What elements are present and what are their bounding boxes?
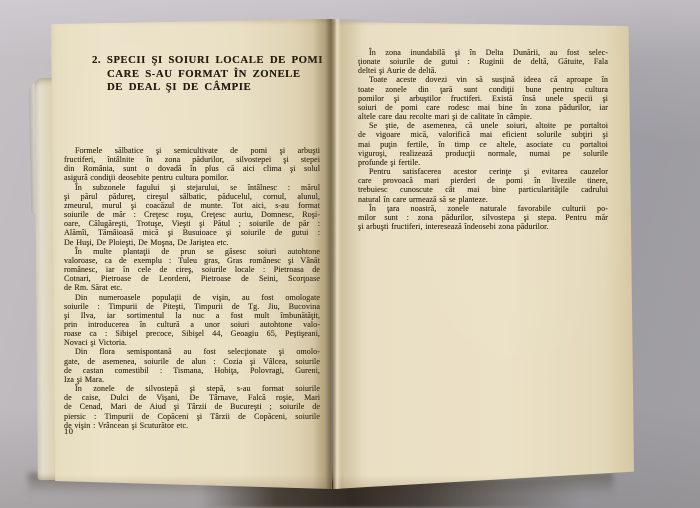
text-line: de caise, Dulci de Vişani, De Târnave, F… bbox=[64, 393, 320, 402]
paragraph: Formele sălbatice şi semicultivate de po… bbox=[64, 146, 320, 183]
text-line: Cotnari, Pietroase de Leordeni, Pietroas… bbox=[64, 274, 320, 283]
text-line: deltei şi Aurie de deltă. bbox=[358, 66, 608, 75]
text-line: În subzonele fagului şi stejarului, se î… bbox=[64, 183, 320, 192]
heading-line: DE DEAL ŞI DE CÂMPIE bbox=[92, 81, 332, 95]
right-page-text: În zona inundabilă şi în Delta Dunării, … bbox=[358, 48, 608, 231]
text-line: Toate aceste dovezi vin să susţină ideea… bbox=[358, 75, 608, 84]
text-line: toate zonele din ţară sunt condiţii bune… bbox=[358, 85, 608, 94]
right-page: În zona inundabilă şi în Delta Dunării, … bbox=[332, 20, 634, 489]
text-line: Alămîi, Tămâioasă mică şi Busuioace şi s… bbox=[64, 228, 320, 237]
text-line: oare, Călugăreşti, Trotuşe, Vieşti şi Pă… bbox=[64, 219, 320, 228]
text-line: roase ca : Sibişel precoce, Sibişel 44, … bbox=[64, 329, 320, 338]
paragraph: Pentru satisfacerea acestor cerinţe şi e… bbox=[358, 167, 608, 204]
text-line: altele care dau recolte mari şi de calit… bbox=[358, 112, 608, 121]
text-line: În zonele de silvostepă şi stepă, s-au f… bbox=[64, 384, 320, 393]
text-line: asigură condiţii deosebite pentru cultur… bbox=[64, 173, 320, 182]
text-line: de vigoare mică, valorifică mai eficient… bbox=[358, 130, 608, 139]
text-line: soiurile de măr : Creţesc roşu, Creţesc … bbox=[64, 210, 320, 219]
paragraph: Toate aceste dovezi vin să susţină ideea… bbox=[358, 75, 608, 121]
text-line: Din flora semispontană au fost selecţion… bbox=[64, 347, 320, 356]
text-line: Formele sălbatice şi semicultivate de po… bbox=[64, 146, 320, 155]
text-line: fructiferi, întâlnite în zona pădurilor,… bbox=[64, 155, 320, 164]
text-line: trebuiesc cunoscute cât mai bine particu… bbox=[358, 185, 608, 194]
page-number: 10 bbox=[64, 426, 74, 436]
paragraph: În zona inundabilă şi în Delta Dunării, … bbox=[358, 48, 608, 75]
paragraph: În zonele de silvostepă şi stepă, s-au f… bbox=[64, 384, 320, 430]
paragraph: Din numeroasele populaţii de vişin, au f… bbox=[64, 293, 320, 348]
text-line: În multe plantaţii de prun se găsesc soi… bbox=[64, 247, 320, 256]
text-line: românesc, iar în cele de cireş, soiurile… bbox=[64, 265, 320, 274]
text-line: şi Ilva, iar sortimentul la nuc a fost m… bbox=[64, 311, 320, 320]
text-line: de Rm. Sărat etc. bbox=[64, 283, 320, 292]
left-page: 2. SPECII ŞI SOIURI LOCALE DE POMI CARE … bbox=[46, 19, 332, 489]
text-line: De Huşi, De Ploieşti, De Moşna, De Jariş… bbox=[64, 238, 320, 247]
heading-text: SPECII ŞI SOIURI LOCALE DE POMI bbox=[107, 54, 323, 66]
text-line: milor sunt : zona pădurilor, silvostepa … bbox=[358, 213, 608, 222]
text-line: Iza şi Mara. bbox=[64, 375, 320, 384]
text-line: În ţara noastră, zonele naturale favorab… bbox=[358, 204, 608, 213]
text-line: soiuri de pomi care rodesc mai bine în z… bbox=[358, 103, 608, 112]
paragraph: În ţara noastră, zonele naturale favorab… bbox=[358, 204, 608, 231]
text-line: valoroase, ca de exemplu : Tuleu gras, G… bbox=[64, 256, 320, 265]
text-line: mai puţin fertile, în timp ce altele, as… bbox=[358, 140, 608, 149]
paragraph: În multe plantaţii de prun se găsesc soi… bbox=[64, 247, 320, 293]
text-line: natural în care urmează să se planteze. bbox=[358, 195, 608, 204]
text-line: gate, de asemenea, soiurile de alun : Co… bbox=[64, 357, 320, 366]
paragraph: Se ştie, de asemenea, că unele soiuri, a… bbox=[358, 121, 608, 167]
paragraph: Din flora semispontană au fost selecţion… bbox=[64, 347, 320, 384]
text-line: Pentru satisfacerea acestor cerinţe şi e… bbox=[358, 167, 608, 176]
text-line: profunde şi fertile. bbox=[358, 158, 608, 167]
text-line: Din numeroasele populaţii de vişin, au f… bbox=[64, 293, 320, 302]
text-line: de Cenad, Mari de Aiud şi Târzii de Bucu… bbox=[64, 402, 320, 411]
text-line: din România, sunt o dovadă în plus că ai… bbox=[64, 164, 320, 173]
text-line: zmeurul, murul şi coacăzul de munte. Tot… bbox=[64, 201, 320, 210]
paragraph: În subzonele fagului şi stejarului, se î… bbox=[64, 183, 320, 247]
text-line: Se ştie, de asemenea, că unele soiuri, a… bbox=[358, 121, 608, 130]
left-page-text: Formele sălbatice şi semicultivate de po… bbox=[64, 146, 320, 430]
text-line: de castan comestibil : Tismana, Hobiţa, … bbox=[64, 366, 320, 375]
text-line: şi părul pădureţ, cireşul sălbatic, pădu… bbox=[64, 192, 320, 201]
text-line: Novaci şi Victoria. bbox=[64, 338, 320, 347]
text-line: prin introducerea în cultură a unor soiu… bbox=[64, 320, 320, 329]
text-line: piersic : Timpurii de Copăceni şi Târzii… bbox=[64, 412, 320, 421]
text-line: de vişin : Vrâncean şi Scuturător etc. bbox=[64, 421, 320, 430]
book-photo-scene: 2. SPECII ŞI SOIURI LOCALE DE POMI CARE … bbox=[0, 0, 700, 508]
heading-line: CARE S-AU FORMAT ÎN ZONELE bbox=[92, 68, 332, 82]
text-line: ţionate soiurile de gutui : Ruginii de d… bbox=[358, 57, 608, 66]
text-line: şi arbuşti fructiferi, interesează îndeo… bbox=[358, 222, 608, 231]
text-line: viguroşi, realizează producţii normale, … bbox=[358, 149, 608, 158]
chapter-heading: 2. SPECII ŞI SOIURI LOCALE DE POMI CARE … bbox=[92, 54, 332, 95]
heading-number: 2. bbox=[92, 54, 101, 66]
heading-line: 2. SPECII ŞI SOIURI LOCALE DE POMI bbox=[92, 54, 332, 68]
text-line: care provoacă mari pierderi de pomi în l… bbox=[358, 176, 608, 185]
text-line: În zona inundabilă şi în Delta Dunării, … bbox=[358, 48, 608, 57]
text-line: pomilor şi arbuştilor fructiferi. Există… bbox=[358, 94, 608, 103]
text-line: soiurile : Timpurii de Piteşti, Timpurii… bbox=[64, 302, 320, 311]
